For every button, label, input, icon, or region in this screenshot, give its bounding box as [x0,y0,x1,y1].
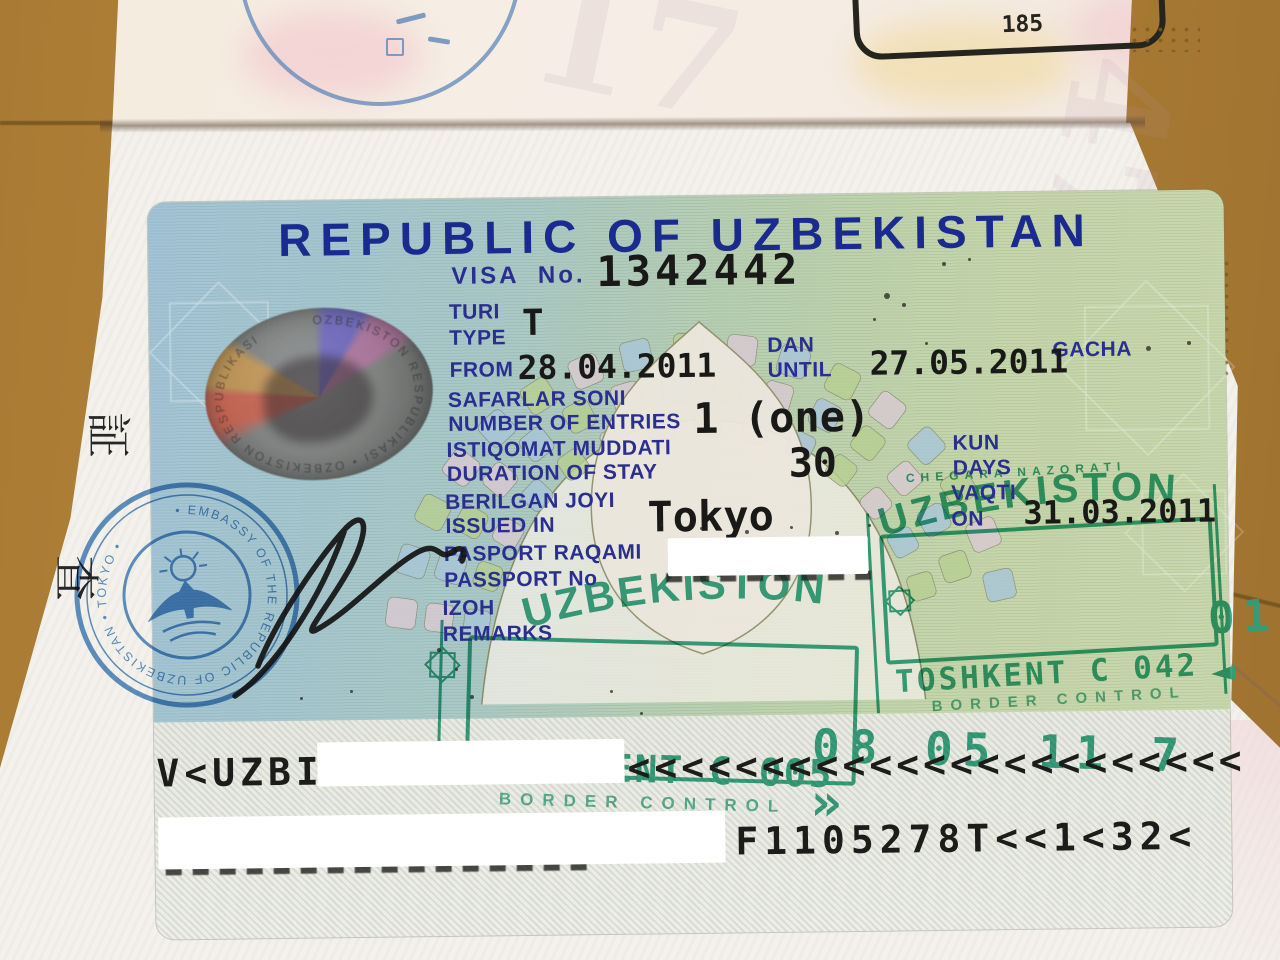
duration-value: 30 [788,440,837,487]
stamp-mark [386,38,404,56]
number-of-entries-label: NUMBER OF ENTRIES [448,410,681,437]
mosaic-cell [905,424,947,466]
ink-speck [1187,341,1191,345]
mrz-line1-prefix: V<UZBI [156,749,324,795]
redaction-box-mrz-line2 [158,811,726,870]
entry-date-value: 31.03.2011 [1023,492,1216,532]
vaqti-label: VAQTI [951,481,1016,506]
ink-speck [745,530,749,534]
dan-label: DAN [767,333,814,358]
ink-speck [873,318,876,321]
safarlar-soni-label: SAFARLAR SONI [448,387,626,413]
from-value: 28.04.2011 [517,346,716,387]
perforation-dots [1128,24,1200,52]
until-label: UNTIL [767,358,832,383]
ink-speck [835,531,839,535]
signature [180,470,500,730]
ink-speck [1146,346,1151,351]
redaction-box-mrz-line1 [317,739,625,787]
type-label: TYPE [449,326,506,351]
visa-no-value: 1342442 [596,245,802,297]
arrival-arrow: ◄ [1210,647,1245,695]
mrz-line1-fillers: <<<<<<<<<<<<<<<<<<<<<<< [627,738,1246,790]
star-ornament [1084,305,1211,432]
entries-value: 1 (one) [693,392,871,443]
ink-speck [968,258,971,261]
ink-speck [640,712,643,715]
ink-speck [610,690,613,693]
days-label: DAYS [953,456,1012,481]
hologram-ring: OZBEKISTON RESPUBLIKASI • OZBEKISTON RES… [198,298,440,489]
turi-label: TURI [449,300,500,325]
redaction-box-passport-number [668,536,868,576]
mosaic-cell [866,389,908,431]
from-label: FROM [449,358,513,383]
arrival-date-code: 01 05 11 7 ◄ [928,524,1280,762]
mrz-line2-suffix: F1105278T<<1<32< [735,814,1198,864]
istiqomat-label: ISTIQOMAT MUDDATI [446,436,671,463]
ink-speck [942,262,946,266]
page-side-character: 証 [78,412,144,458]
ink-speck [660,523,663,526]
on-label: ON [951,507,984,531]
arrival-date-digits: 01 05 11 7 [1207,574,1280,644]
partial-stamp-digits: 185 [1001,11,1044,39]
ink-speck [868,524,871,527]
issued-value: Tokyo [647,491,774,542]
ink-speck [884,293,890,299]
ink-speck [902,303,906,307]
ink-speck [790,526,793,529]
photo-of-passport-visa: 17 185 47 96 証 査 REPUBLIC OF UZBEKISTAN … [0,0,1280,960]
hologram-seal: OZBEKISTON RESPUBLIKASI • OZBEKISTON RES… [198,298,440,489]
type-value: T [522,303,544,344]
kun-label: KUN [952,431,999,456]
hologram-ring-text: OZBEKISTON RESPUBLIKASI • OZBEKISTON RES… [205,304,433,484]
ink-speck [925,342,928,345]
until-value: 27.05.2011 [869,341,1068,382]
ink-speck [700,527,703,530]
visa-no-label: VISA No. [451,261,585,291]
svg-text:OZBEKISTON RESPUBLIKASI • OZBE: OZBEKISTON RESPUBLIKASI • OZBEKISTON RES… [205,304,433,484]
